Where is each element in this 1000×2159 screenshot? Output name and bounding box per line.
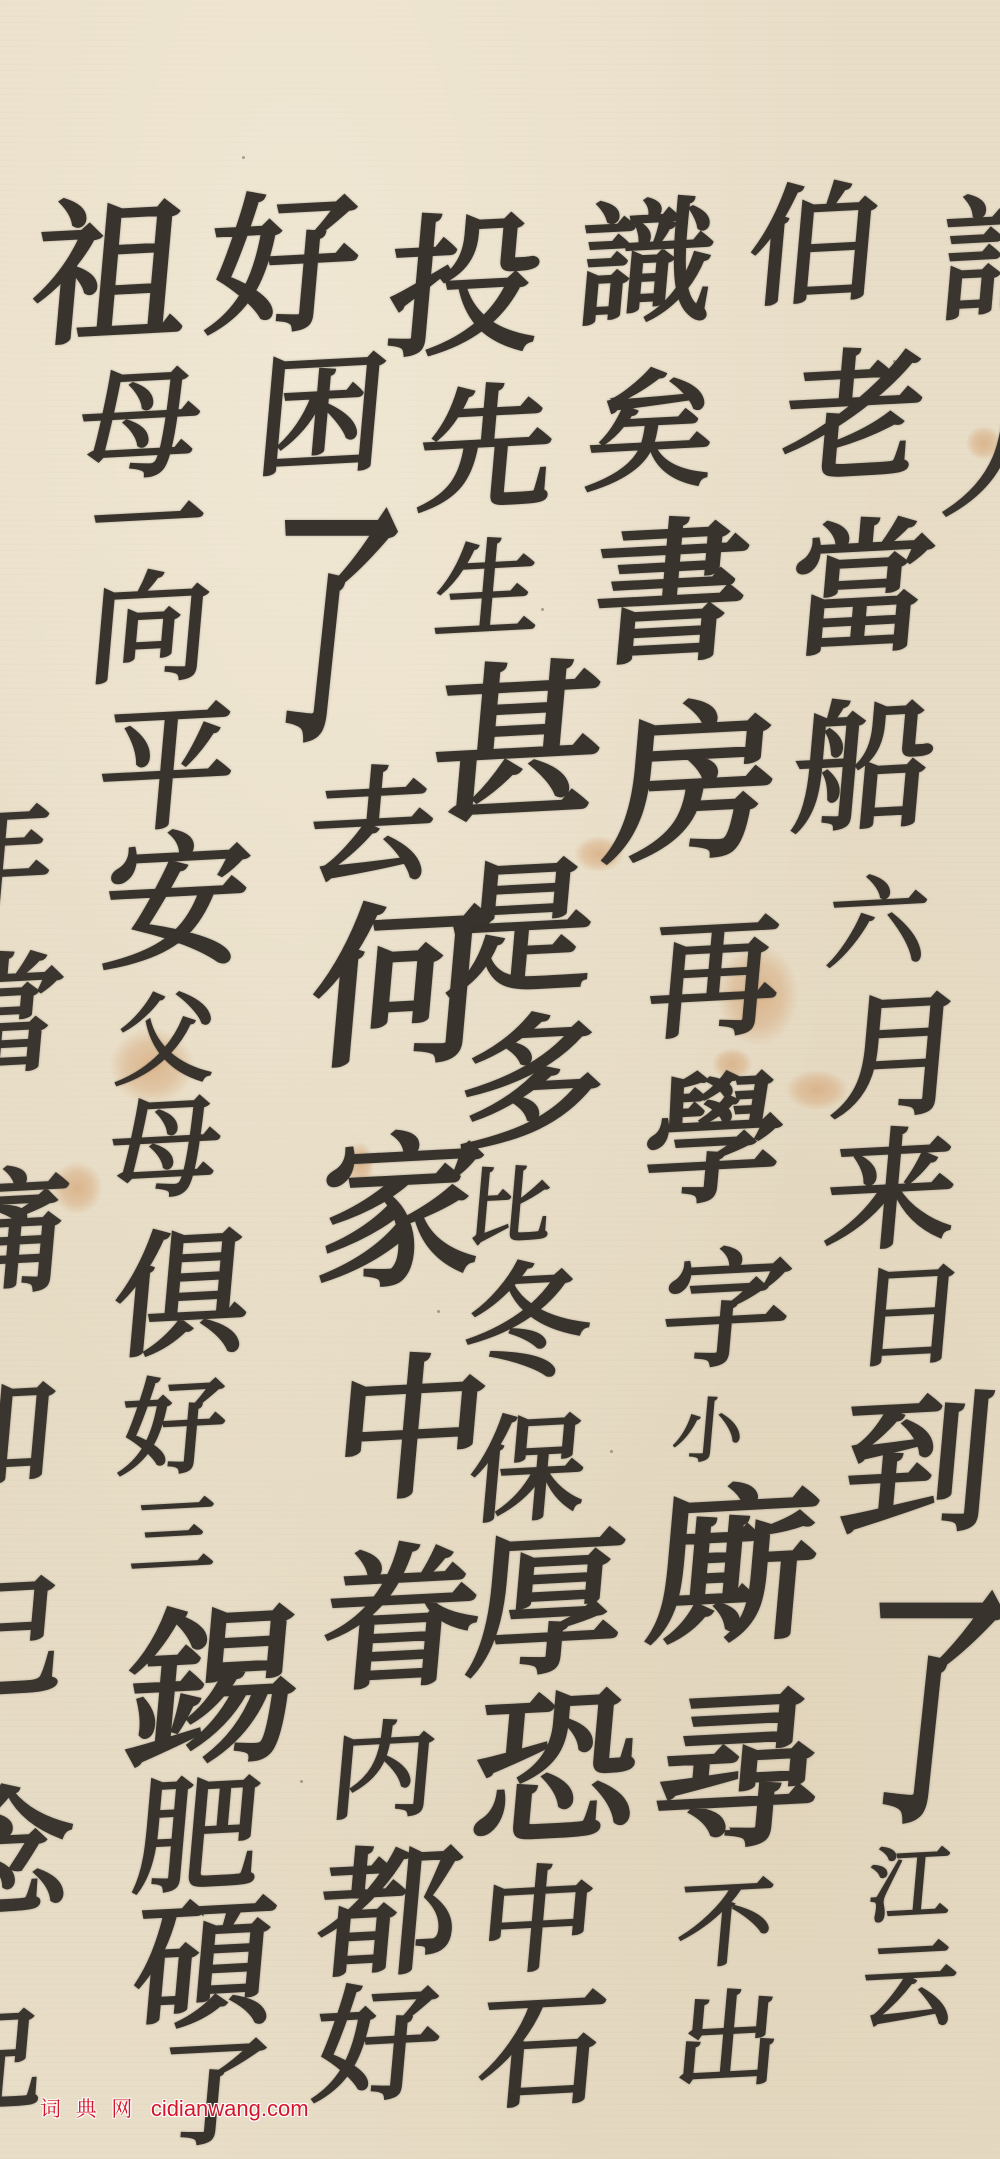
calligraphy-character: 已 bbox=[0, 1568, 74, 1710]
calligraphy-character: 當 bbox=[0, 948, 69, 1085]
calligraphy-character: 如 bbox=[0, 1368, 64, 1499]
site-watermark: 词 典 网 cidianwang.com bbox=[40, 2093, 309, 2123]
calligraphy-scroll: 記 人 伯 老 當 船 六 月 来 日 到 了 江 云 識 矣 書 房 再 學 … bbox=[0, 0, 1000, 2159]
watermark-site-name: 词 典 网 bbox=[40, 2097, 136, 2121]
calligraphy-character: 年 bbox=[0, 794, 59, 920]
watermark-url: cidianwang.com bbox=[151, 2096, 309, 2121]
calligraphy-character: 念 bbox=[0, 1783, 79, 1930]
calligraphy-character: 痛 bbox=[0, 1163, 74, 1305]
text-column-left-edge: 年 當 痛 如 已 念 兄 bbox=[0, 0, 1000, 2159]
